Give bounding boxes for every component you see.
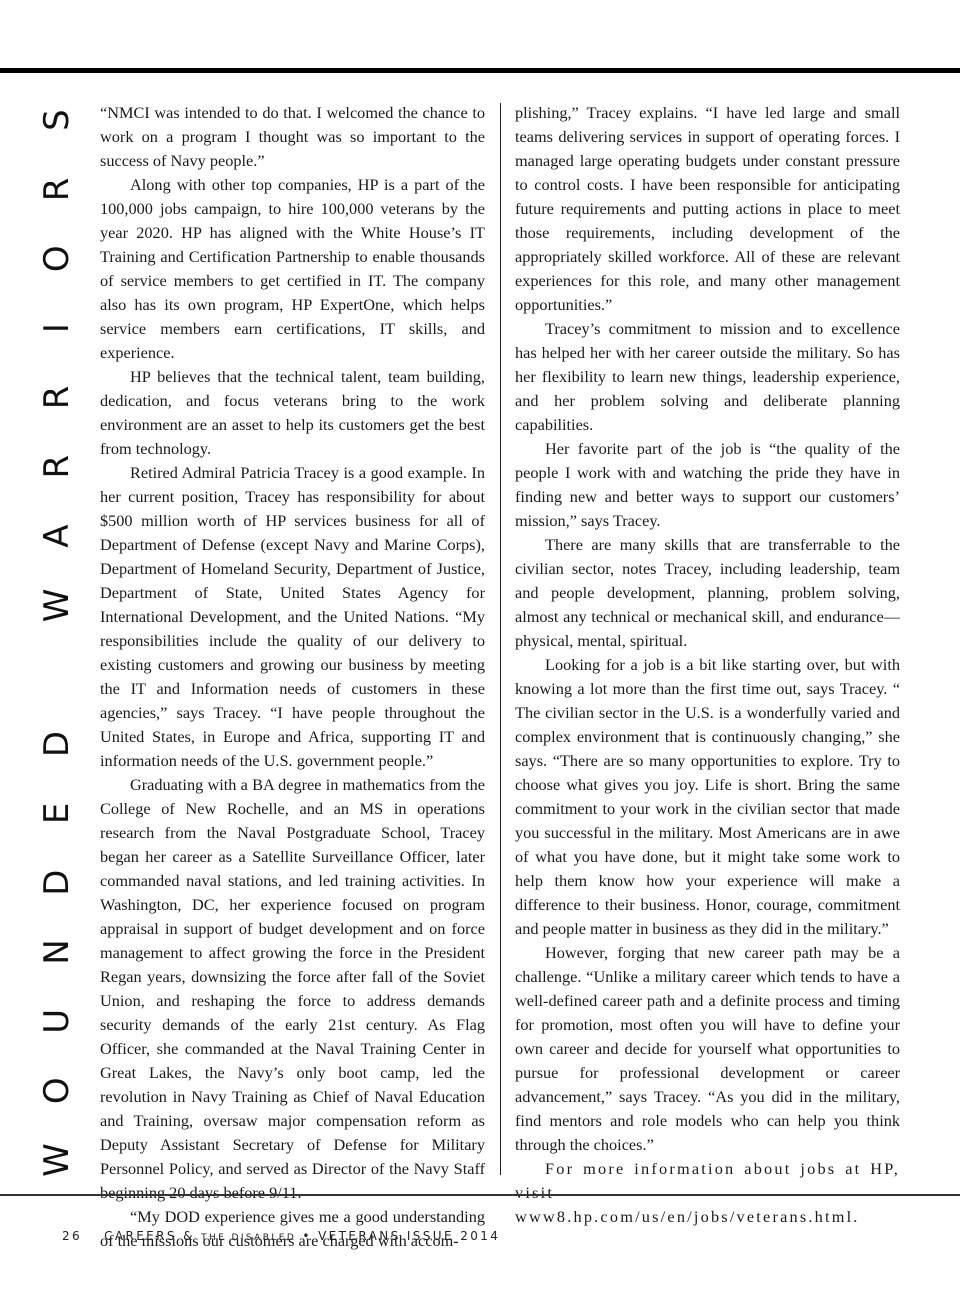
side-label-letter: R [37, 169, 77, 209]
paragraph: There are many skills that are transferr… [515, 533, 900, 653]
side-label-letter: D [37, 724, 77, 764]
page-footer: 26CAREERS & THE DISABLED • VETERANS ISSU… [62, 1229, 500, 1243]
article-column-left: “NMCI was intended to do that. I welcome… [100, 101, 485, 1253]
column-divider [500, 103, 501, 1175]
paragraph: “NMCI was intended to do that. I welcome… [100, 101, 485, 173]
publication-name-part1: CAREERS & [104, 1229, 201, 1243]
paragraph: HP believes that the technical talent, t… [100, 365, 485, 461]
closing-paragraph-with-url: For more information about jobs at HP, v… [515, 1157, 900, 1229]
paragraph: Graduating with a BA degree in mathemati… [100, 773, 485, 1205]
side-label-letter: E [37, 793, 77, 833]
top-rule [0, 68, 960, 73]
paragraph: However, forging that new career path ma… [515, 941, 900, 1157]
publication-issue: • VETERANS ISSUE 2014 [296, 1229, 500, 1243]
publication-name-smallcaps: THE DISABLED [201, 1233, 296, 1243]
paragraph: Along with other top companies, HP is a … [100, 173, 485, 365]
side-label-letter: O [37, 239, 77, 279]
side-label-letter: R [37, 377, 77, 417]
side-label-letter: N [37, 932, 77, 972]
side-label-letter: O [37, 1071, 77, 1111]
bottom-rule [0, 1194, 960, 1196]
side-label-letter: I [37, 308, 77, 348]
side-label-letter: S [37, 100, 77, 140]
side-label-letter: D [37, 863, 77, 903]
side-label-letter: A [37, 516, 77, 556]
paragraph: Looking for a job is a bit like starting… [515, 653, 900, 941]
side-label-letter: R [37, 447, 77, 487]
side-label-letter: W [37, 1140, 77, 1180]
section-label-wounded-warriors: W O U N D E D W A R R I O R S [37, 100, 77, 1180]
side-label-letter: W [37, 585, 77, 625]
side-label-letter: U [37, 1001, 77, 1041]
paragraph: Retired Admiral Patricia Tracey is a goo… [100, 461, 485, 773]
paragraph: Her favorite part of the job is “the qua… [515, 437, 900, 533]
paragraph: Tracey’s commitment to mission and to ex… [515, 317, 900, 437]
paragraph: plishing,” Tracey explains. “I have led … [515, 101, 900, 317]
article-column-right: plishing,” Tracey explains. “I have led … [515, 101, 900, 1229]
page-number: 26 [62, 1229, 82, 1243]
